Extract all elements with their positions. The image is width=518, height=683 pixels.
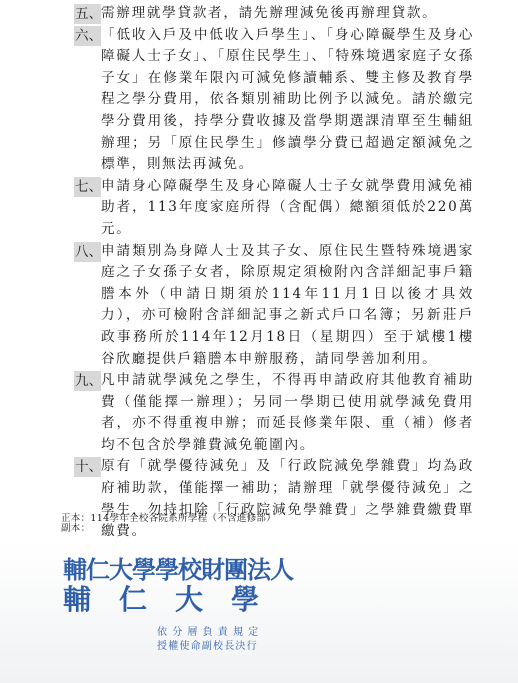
item-text: 「低收入戶及中低收入戶學生」、「身心障礙學生及身心障礙人士子女」、「原住民學生」… <box>101 25 474 176</box>
item-7: 七、 申請身心障礙學生及身心障礙人士子女就學費用減免補助者，113年度家庭所得（… <box>74 176 474 241</box>
item-number: 十、 <box>74 457 101 477</box>
item-number: 六、 <box>74 26 101 46</box>
item-text: 申請身心障礙學生及身心障礙人士子女就學費用減免補助者，113年度家庭所得（含配偶… <box>101 176 474 241</box>
item-8: 八、 申請類別為身障人士及其子女、原住民生暨特殊境遇家庭之子女孫子女者，除原規定… <box>74 241 474 371</box>
item-9: 九、 凡申請就學減免之學生，不得再申請政府其他教育補助費（僅能擇一辦理）；另同一… <box>74 370 474 456</box>
item-6: 六、 「低收入戶及中低收入戶學生」、「身心障礙學生及身心障礙人士子女」、「原住民… <box>74 25 474 176</box>
authorization-line-2: 授權使命副校長決行 <box>157 640 263 654</box>
item-5: 五、 需辦理就學貸款者，請先辦理減免後再辦理貸款。 <box>74 3 474 25</box>
seal-line-2: 輔 仁 大 學 <box>63 584 259 616</box>
seal-char: 大 <box>175 584 203 616</box>
original-recipients: 正本：114學年全校各院系所學程（不含進修部） <box>61 514 276 524</box>
item-number: 八、 <box>74 242 101 262</box>
seal-char: 輔 <box>63 584 91 616</box>
distribution-list: 正本：114學年全校各院系所學程（不含進修部） 副本： <box>61 514 276 534</box>
seal-char: 學 <box>231 584 259 616</box>
university-seal: 輔仁大學學校財團法人 輔 仁 大 學 <box>63 556 293 616</box>
seal-line-1: 輔仁大學學校財團法人 <box>63 556 293 584</box>
item-number: 七、 <box>74 177 101 197</box>
item-text: 需辦理就學貸款者，請先辦理減免後再辦理貸款。 <box>101 3 474 25</box>
item-text: 申請類別為身障人士及其子女、原住民生暨特殊境遇家庭之子女孫子女者，除原規定須檢附… <box>101 241 474 371</box>
authorization-note: 依分層負責規定 授權使命副校長決行 <box>157 626 263 654</box>
seal-char: 仁 <box>119 584 147 616</box>
copy-recipients: 副本： <box>61 524 276 534</box>
item-number: 九、 <box>74 371 101 391</box>
regulation-items: 五、 需辦理就學貸款者，請先辦理減免後再辦理貸款。 六、 「低收入戶及中低收入戶… <box>74 3 474 543</box>
item-text: 凡申請就學減免之學生，不得再申請政府其他教育補助費（僅能擇一辦理）；另同一學期已… <box>101 370 474 456</box>
authorization-line-1: 依分層負責規定 <box>157 626 263 640</box>
item-number: 五、 <box>74 4 101 24</box>
